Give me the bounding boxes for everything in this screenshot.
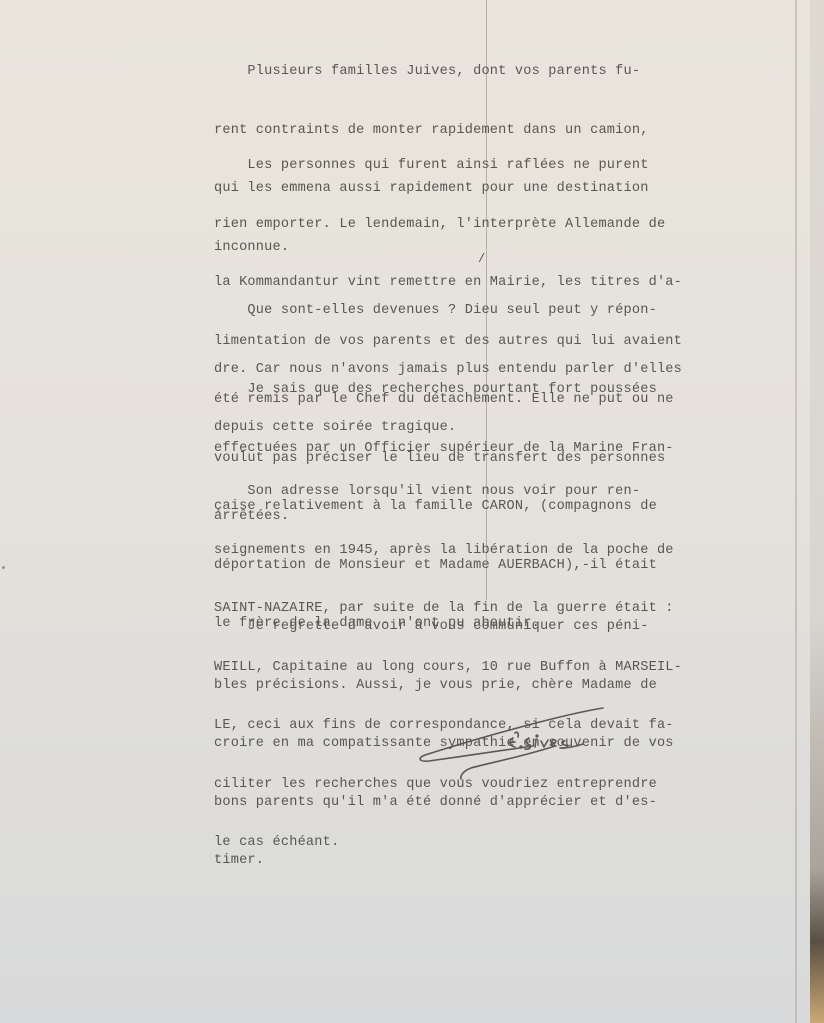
text-line: bons parents qu'il m'a été donné d'appré… [214,793,674,813]
text-line: Plusieurs familles Juives, dont vos pare… [214,62,649,82]
text-line: bles précisions. Aussi, je vous prie, ch… [214,676,674,696]
letter-page: Plusieurs familles Juives, dont vos pare… [0,0,812,1023]
text-line: Je regrette d'avoir à vous communiquer c… [214,617,674,637]
text-line: Que sont-elles devenues ? Dieu seul peut… [214,301,682,321]
text-line: timer. [214,851,674,871]
stray-pen-mark: / [478,252,485,266]
paper-speck [2,566,5,569]
signature: E. Sives [405,700,615,790]
text-line: Son adresse lorsqu'il vient nous voir po… [214,482,682,502]
text-line: Les personnes qui furent ainsi raflées n… [214,156,682,176]
text-line: seignements en 1945, après la libération… [214,541,682,561]
text-line: Je sais que des recherches pourtant fort… [214,380,674,400]
text-line: rien emporter. Le lendemain, l'interprèt… [214,215,682,235]
page-edge-shadow [810,0,824,1023]
page-fold-line [795,0,797,1023]
